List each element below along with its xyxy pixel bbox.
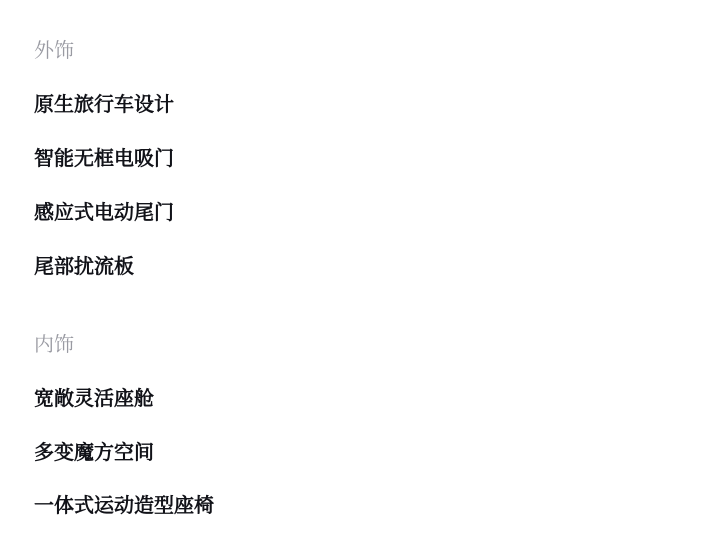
feature-item[interactable]: 多变魔方空间 bbox=[34, 440, 154, 464]
section-title-interior: 内饰 bbox=[34, 332, 74, 356]
feature-item[interactable]: 一体式运动造型座椅 bbox=[34, 493, 214, 517]
feature-item[interactable]: 宽敞灵活座舱 bbox=[34, 386, 154, 410]
feature-list-page: 外饰 原生旅行车设计 智能无框电吸门 感应式电动尾门 尾部扰流板 内饰 宽敞灵活… bbox=[0, 0, 720, 540]
feature-item[interactable]: 感应式电动尾门 bbox=[34, 200, 174, 224]
feature-item[interactable]: 原生旅行车设计 bbox=[34, 92, 174, 116]
section-title-exterior: 外饰 bbox=[34, 38, 74, 62]
feature-item[interactable]: 尾部扰流板 bbox=[34, 254, 134, 278]
feature-item[interactable]: 智能无框电吸门 bbox=[34, 146, 174, 170]
